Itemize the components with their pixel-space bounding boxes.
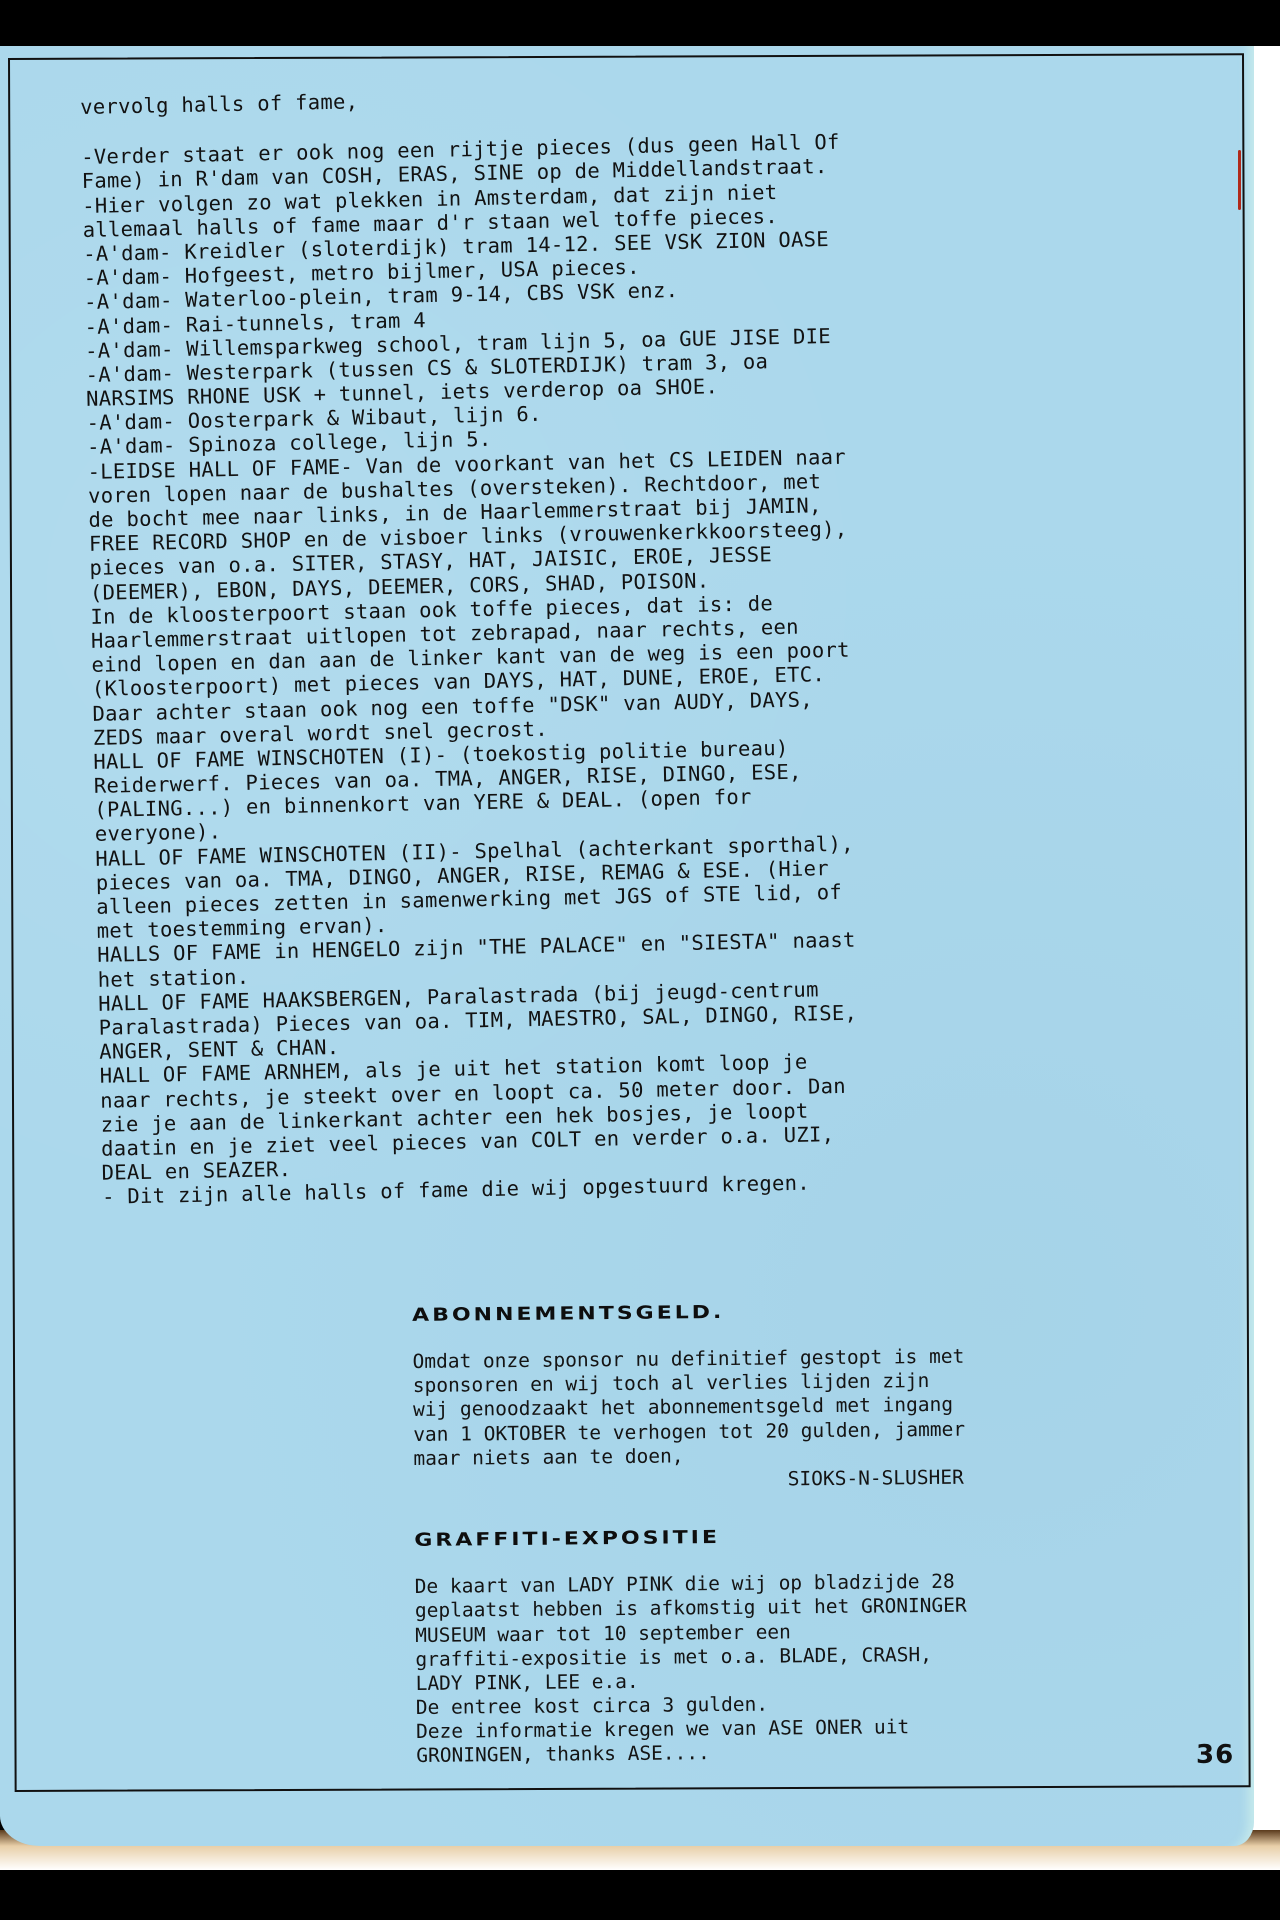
abonnementsgeld-body: Omdat onze sponsor nu definitief gestopt… [412, 1343, 1173, 1471]
section-heading-abonnementsgeld: ABONNEMENTSGELD. [412, 1299, 1172, 1326]
graffiti-expositie-body: De kaart van LADY PINK die wij op bladzi… [415, 1568, 1177, 1769]
page-number: 36 [1196, 1740, 1234, 1770]
halls-of-fame-article: vervolg halls of fame, -Verder staat er … [80, 73, 1212, 1209]
right-white-strip [1250, 46, 1280, 1846]
article-body: -Verder staat er ook nog een rijtje piec… [81, 123, 1212, 1209]
top-black-border [0, 0, 1280, 46]
announcements-column: ABONNEMENTSGELD. Omdat onze sponsor nu d… [412, 1297, 1176, 1769]
bottom-black-border [0, 1870, 1280, 1920]
section-heading-graffiti-expositie: GRAFFITI-EXPOSITIE [414, 1524, 1174, 1551]
